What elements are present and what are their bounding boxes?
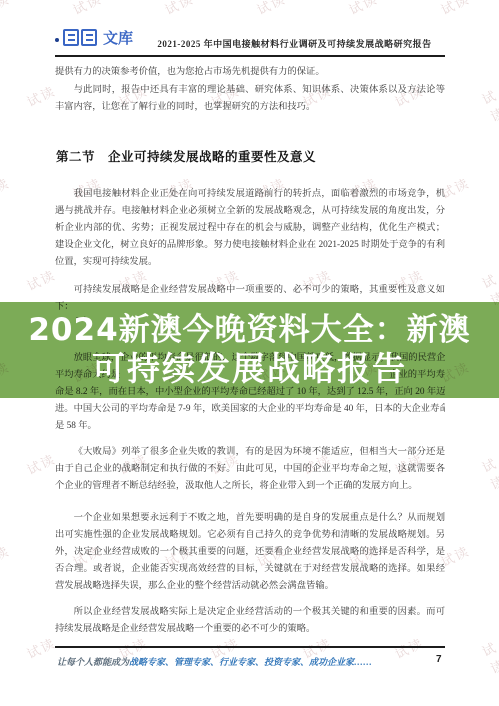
section-heading: 第二节 企业可持续发展战略的重要性及意义 (56, 147, 316, 165)
paragraph-section-1: 我国电接触材料企业正处在向可持续发展道路前行的转折点，面临着激烈的市场竞争，机遇… (55, 186, 445, 271)
document-page: 试读试读试读试读试读试读试读试读试读试读试读试读试读试读试读试读试读试读试读试读… (0, 0, 499, 706)
watermark-text: 试读 (23, 264, 58, 294)
overlay-headline-line2: 可持续发展战略报告 (0, 350, 499, 388)
watermark-text: 试读 (478, 453, 499, 494)
watermark-text: 试读 (437, 0, 472, 19)
watermark-text: 试读 (0, 172, 13, 202)
watermark-text: 试读 (345, 0, 380, 19)
footer-tagline: 让每个人都能成为战略专家、管理专家、行业专家、投资专家、成功企业家…… (57, 655, 372, 668)
watermark-text: 试读 (253, 0, 288, 19)
watermark-text: 试读 (0, 540, 13, 570)
watermark-text: 试读 (478, 637, 499, 678)
watermark-text: 试读 (23, 80, 58, 110)
watermark-text: 试读 (0, 0, 13, 19)
paragraph-intro-2: 与此同时，报告中还具有丰富的理论基础、研究体系、知识体系、决策体系以及方法论等丰… (55, 82, 445, 116)
watermark-text: 试读 (161, 0, 196, 19)
paragraph-strategy: 一个企业如果想要永远利于不败之地，首先要明确的是自身的发展重点是什么？从而规划出… (55, 510, 445, 595)
paragraph-failure: 《大败局》列举了很多企业失败的教训，有的是因为环境不能适应，但相当大一部分还是由… (55, 444, 445, 495)
overlay-headline-line1: 2024新澳今晚资料大全：新澳 (0, 310, 499, 350)
logo-box-icon (81, 29, 97, 46)
logo-dot-icon (55, 38, 59, 42)
watermark-text: 试读 (23, 448, 58, 478)
report-title: 2021-2025 年中国电接触材料行业调研及可持续发展战略研究报告 (150, 37, 439, 50)
doc-library-logo: 文库 (55, 27, 133, 47)
watermark-text: 试读 (23, 632, 58, 662)
footer-tagline-prefix: 让每个人都能成为 (57, 657, 129, 667)
paragraph-intro-1: 提供有力的决策参考价值，也为您抢占市场先机提供有力的保证。 (55, 64, 445, 81)
overlay-headline: 2024新澳今晚资料大全：新澳 可持续发展战略报告 (0, 310, 499, 388)
watermark-text: 试读 (478, 85, 499, 126)
watermark-text: 试读 (69, 0, 104, 19)
page-number: 7 (436, 654, 442, 665)
logo-text: 文库 (103, 27, 133, 48)
header-divider (55, 55, 445, 57)
footer-divider (55, 646, 445, 648)
footer-tagline-highlight: 战略专家、管理专家、行业专家、投资专家、成功企业家…… (129, 657, 372, 667)
paragraph-conclusion: 所以企业经营发展战略实际上是决定企业经营活动的一个极其关键的和重要的因素。而可持… (55, 604, 445, 638)
paragraph-line: 进。中国大公司的平均寿命是 7-9 年，欧美国家的大企业的平均寿命是 40 年，… (55, 401, 445, 418)
paragraph-line: 是 58 年。 (55, 418, 445, 435)
logo-box-icon (63, 29, 79, 46)
